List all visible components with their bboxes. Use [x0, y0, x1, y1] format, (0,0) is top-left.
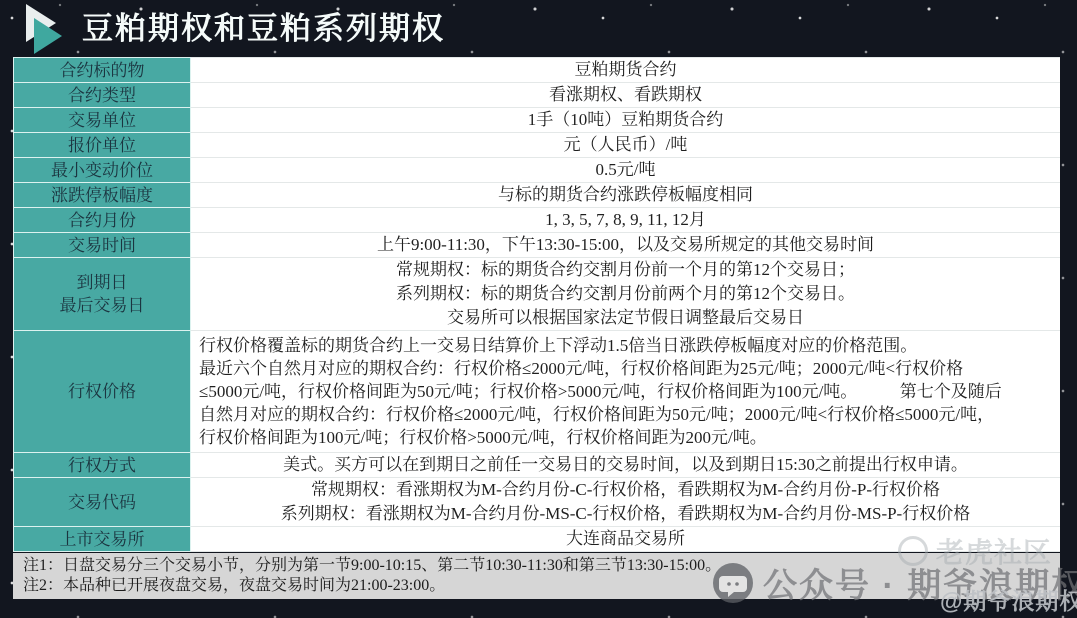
spec-value: 上午9:00-11:30，下午13:30-15:00，以及交易所规定的其他交易时…	[191, 233, 1061, 258]
spec-value-line: 元（人民币）/吨	[199, 133, 1052, 157]
spec-label: 交易时间	[14, 233, 191, 258]
spec-value: 1, 3, 5, 7, 8, 9, 11, 12月	[191, 208, 1061, 233]
spec-label: 到期日最后交易日	[14, 258, 191, 331]
spec-value: 美式。买方可以在到期日之前任一交易日的交易时间，以及到期日15:30之前提出行权…	[191, 453, 1061, 478]
wechat-chat-bubble-icon	[712, 562, 754, 604]
spec-value-line: 豆粕期货合约	[199, 58, 1052, 82]
spec-label: 上市交易所	[14, 527, 191, 552]
spec-value: 0.5元/吨	[191, 158, 1061, 183]
spec-value: 常规期权：看涨期权为M-合约月份-C-行权价格，看跌期权为M-合约月份-P-行权…	[191, 478, 1061, 527]
spec-label: 最小变动价位	[14, 158, 191, 183]
spec-label: 交易单位	[14, 108, 191, 133]
spec-value-line: 常规期权：标的期货合约交割月份前一个月的第12个交易日；	[199, 258, 1052, 282]
play-triangles-icon	[24, 4, 72, 54]
spec-value-line: 系列期权：标的期货合约交割月份前两个月的第12个交易日。	[199, 282, 1052, 306]
table-row: 交易时间上午9:00-11:30，下午13:30-15:00，以及交易所规定的其…	[14, 233, 1061, 258]
spec-label: 报价单位	[14, 133, 191, 158]
spec-value: 豆粕期货合约	[191, 58, 1061, 83]
author-handle-watermark: @期爷浪期权	[940, 583, 1077, 616]
spec-value: 与标的期货合约涨跌停板幅度相同	[191, 183, 1061, 208]
spec-value-line: 系列期权：看涨期权为M-合约月份-MS-C-行权价格，看跌期权为M-合约月份-M…	[199, 502, 1052, 526]
spec-value-line: 最近六个自然月对应的期权合约：行权价格≤2000元/吨，行权价格间距为25元/吨…	[199, 357, 1050, 380]
spec-value-line: 美式。买方可以在到期日之前任一交易日的交易时间，以及到期日15:30之前提出行权…	[199, 453, 1052, 477]
spec-label: 合约月份	[14, 208, 191, 233]
table-row: 交易单位1手（10吨）豆粕期货合约	[14, 108, 1061, 133]
spec-label: 合约标的物	[14, 58, 191, 83]
spec-label: 行权价格	[14, 331, 191, 453]
table-row: 行权方式美式。买方可以在到期日之前任一交易日的交易时间，以及到期日15:30之前…	[14, 453, 1061, 478]
spec-value-line: 1, 3, 5, 7, 8, 9, 11, 12月	[199, 208, 1052, 232]
table-row: 合约月份1, 3, 5, 7, 8, 9, 11, 12月	[14, 208, 1061, 233]
spec-label: 涨跌停板幅度	[14, 183, 191, 208]
spec-label: 行权方式	[14, 453, 191, 478]
page-title: 豆粕期权和豆粕系列期权	[82, 0, 445, 57]
spec-value-line: 与标的期货合约涨跌停板幅度相同	[199, 183, 1052, 207]
spec-value-line: 0.5元/吨	[199, 158, 1052, 182]
spec-value-line: 常规期权：看涨期权为M-合约月份-C-行权价格，看跌期权为M-合约月份-P-行权…	[199, 478, 1052, 502]
spec-value: 1手（10吨）豆粕期货合约	[191, 108, 1061, 133]
table-row: 到期日最后交易日常规期权：标的期货合约交割月份前一个月的第12个交易日；系列期权…	[14, 258, 1061, 331]
page: 豆粕期权和豆粕系列期权 合约标的物豆粕期货合约合约类型看涨期权、看跌期权交易单位…	[0, 0, 1077, 618]
spec-value-line: 行权价格覆盖标的期货合约上一交易日结算价上下浮动1.5倍当日涨跌停板幅度对应的价…	[199, 334, 1050, 357]
spec-value: 常规期权：标的期货合约交割月份前一个月的第12个交易日；系列期权：标的期货合约交…	[191, 258, 1061, 331]
spec-value-line: ≤5000元/吨，行权价格间距为50元/吨；行权价格>5000元/吨，行权价格间…	[199, 380, 1050, 403]
spec-value: 行权价格覆盖标的期货合约上一交易日结算价上下浮动1.5倍当日涨跌停板幅度对应的价…	[191, 331, 1061, 453]
spec-table: 合约标的物豆粕期货合约合约类型看涨期权、看跌期权交易单位1手（10吨）豆粕期货合…	[13, 57, 1060, 552]
spec-value-line: 1手（10吨）豆粕期货合约	[199, 108, 1052, 132]
table-row: 涨跌停板幅度与标的期货合约涨跌停板幅度相同	[14, 183, 1061, 208]
spec-table-body: 合约标的物豆粕期货合约合约类型看涨期权、看跌期权交易单位1手（10吨）豆粕期货合…	[14, 58, 1061, 552]
spec-value-line: 行权价格间距为100元/吨；行权价格>5000元/吨，行权价格间距为200元/吨…	[199, 426, 1050, 449]
table-row: 报价单位元（人民币）/吨	[14, 133, 1061, 158]
spec-label: 合约类型	[14, 83, 191, 108]
spec-value-line: 自然月对应的期权合约：行权价格≤2000元/吨，行权价格间距为50元/吨；200…	[199, 403, 1050, 426]
spec-value: 看涨期权、看跌期权	[191, 83, 1061, 108]
table-row: 行权价格行权价格覆盖标的期货合约上一交易日结算价上下浮动1.5倍当日涨跌停板幅度…	[14, 331, 1061, 453]
table-row: 交易代码常规期权：看涨期权为M-合约月份-C-行权价格，看跌期权为M-合约月份-…	[14, 478, 1061, 527]
spec-value-line: 看涨期权、看跌期权	[199, 83, 1052, 107]
spec-label: 交易代码	[14, 478, 191, 527]
table-row: 合约标的物豆粕期货合约	[14, 58, 1061, 83]
table-row: 最小变动价位0.5元/吨	[14, 158, 1061, 183]
spec-value-line: 上午9:00-11:30，下午13:30-15:00，以及交易所规定的其他交易时…	[199, 233, 1052, 257]
table-row: 合约类型看涨期权、看跌期权	[14, 83, 1061, 108]
header: 豆粕期权和豆粕系列期权	[0, 0, 1077, 57]
spec-value: 元（人民币）/吨	[191, 133, 1061, 158]
spec-value-line: 交易所可以根据国家法定节假日调整最后交易日	[199, 306, 1052, 330]
